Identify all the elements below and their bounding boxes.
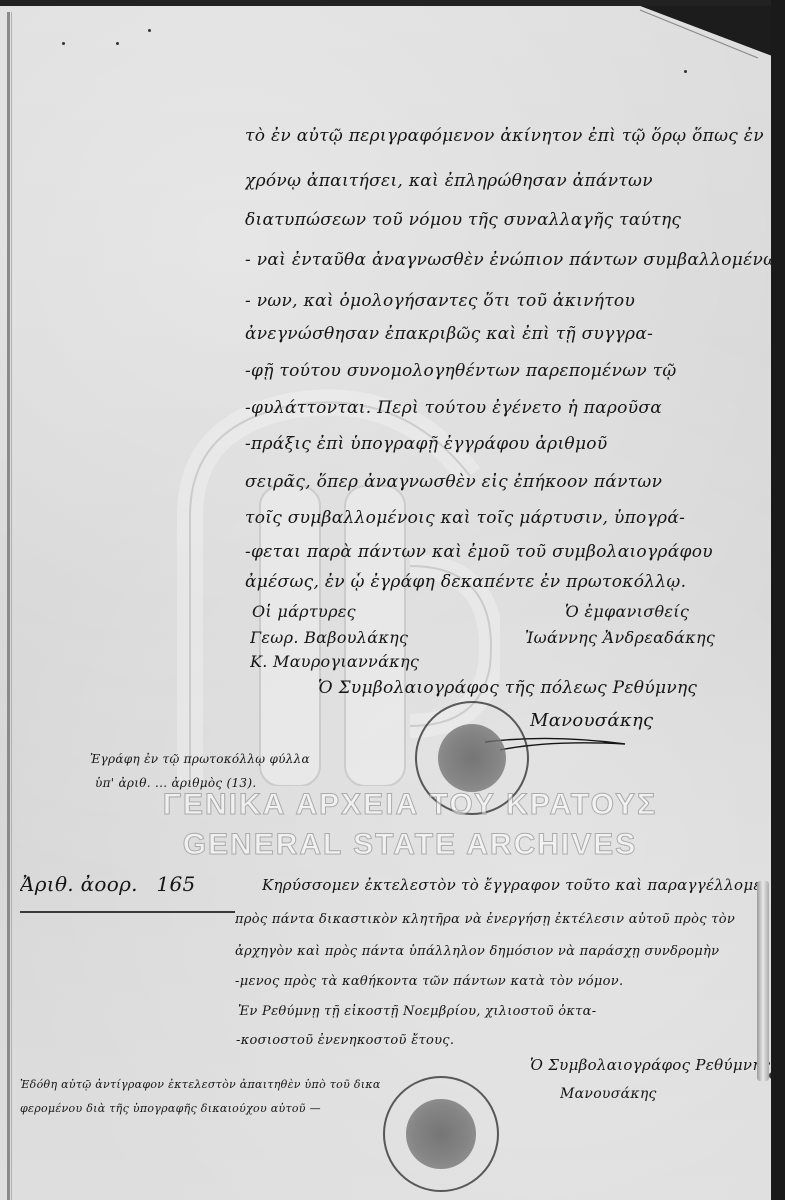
certification-line: πρὸς πάντα δικαστικὸν κλητῆρα νὰ ἐνεργήσ… [235,912,760,927]
party-label: Ὁ ἐμφανισθείς [565,602,689,621]
footnote-line: φερομένου διὰ τῆς ὑπογραφῆς δικαιούχου α… [20,1102,380,1115]
scan-border-right [771,0,785,1200]
body-line: - ναὶ ἐνταῦθα ἀναγνωσθὲν ἐνώπιον πάντων … [245,250,775,270]
paper-fold-strip [757,881,769,1081]
binding-edge [7,12,10,1200]
witnesses-label: Οἱ μάρτυρες [252,602,356,621]
margin-number-value: 165 [156,872,195,896]
body-line: χρόνῳ ἀπαιτήσει, καὶ ἐπληρώθησαν ἀπάντων [245,171,775,191]
stamp-emblem [438,724,506,792]
stamp-emblem [406,1099,475,1168]
certification-line: Κηρύσσομεν ἐκτελεστὸν τὸ ἔγγραφον τοῦτο … [262,876,762,894]
watermark-greek: ΓΕΝΙΚΑ ΑΡΧΕΙΑ ΤΟΥ ΚΡΑΤΟΥΣ [60,788,760,822]
torn-corner-fold [600,6,772,66]
body-line: διατυπώσεων τοῦ νόμου τῆς συναλλαγῆς ταύ… [245,210,775,230]
body-line: -φυλάττονται. Περὶ τούτου ἐγένετο ἡ παρο… [245,398,775,418]
certification-line: -κοσιοστοῦ ἐνενηκοστοῦ ἔτους. [236,1033,761,1048]
watermark-english: GENERAL STATE ARCHIVES [60,828,760,862]
scan-border-top [0,0,785,6]
certification-line: -μενος πρὸς τὰ καθήκοντα τῶν πάντων κατὰ… [235,974,760,989]
notary-stamp-bottom [383,1076,499,1192]
body-line: -πράξις ἐπὶ ὑπογραφῇ ἐγγράφου ἀριθμοῦ [245,434,775,454]
binding-edge-highlight [11,12,12,1200]
body-line: τοῖς συμβαλλομένοις καὶ τοῖς μάρτυσιν, ὑ… [245,508,775,528]
certification-line: ἀρχηγὸν καὶ πρὸς πάντα ὑπάλληλον δημόσιο… [235,944,760,959]
certification-notary-signature: Μανουσάκης [560,1086,657,1102]
body-line: ἀμέσως, ἐν ᾧ ἐγράφη δεκαπέντε ἐν πρωτοκό… [245,572,775,592]
document-page: τὸ ἐν αὐτῷ περιγραφόμενον ἀκίνητον ἐπὶ τ… [0,6,772,1200]
party-signature: Ἰωάννης Ἀνδρεαδάκης [525,628,715,647]
witness-1-signature: Γεωρ. Βαβουλάκης [250,628,408,647]
body-line: -φῇ τούτου συνομολογηθέντων παρεπομένων … [245,361,775,381]
paper-speck [684,70,687,73]
margin-rule [20,911,235,913]
paper-speck [116,42,119,45]
footnote-line: Ἐδόθη αὐτῷ ἀντίγραφον ἐκτελεστὸν ἀπαιτηθ… [20,1078,380,1091]
body-line: σειρᾶς, ὅπερ ἀναγνωσθὲν εἰς ἐπήκοον πάντ… [245,472,775,492]
body-line: -φεται παρὰ πάντων καὶ ἐμοῦ τοῦ συμβολαι… [245,542,775,562]
margin-number-label: Ἀριθ. ἀοορ. [20,872,138,896]
body-line: - νων, καὶ ὁμολογήσαντες ὅτι τοῦ ἀκινήτο… [245,291,775,311]
registration-note-line-1: Ἐγράφη ἐν τῷ πρωτοκόλλῳ φύλλα [90,752,390,766]
notary-title-line: Ὁ Συμβολαιογράφος τῆς πόλεως Ρεθύμνης [318,678,697,698]
body-line: ἀνεγνώσθησαν ἐπακριβῶς καὶ ἐπὶ τῇ συγγρα… [245,324,775,344]
certification-line: Ἐν Ρεθύμνῃ τῇ εἰκοστῇ Νοεμβρίου, χιλιοστ… [238,1004,763,1019]
body-line: τὸ ἐν αὐτῷ περιγραφόμενον ἀκίνητον ἐπὶ τ… [245,126,775,146]
paper-speck [148,29,151,32]
certification-notary-title: Ὁ Συμβολαιογράφος Ρεθύμνης [530,1056,770,1074]
paper-speck [62,42,65,45]
margin-register-number: Ἀριθ. ἀοορ. 165 [20,872,196,896]
witness-2-signature: Κ. Μαυρογιαννάκης [250,652,419,671]
notary-signature: Μανουσάκης [530,710,653,731]
